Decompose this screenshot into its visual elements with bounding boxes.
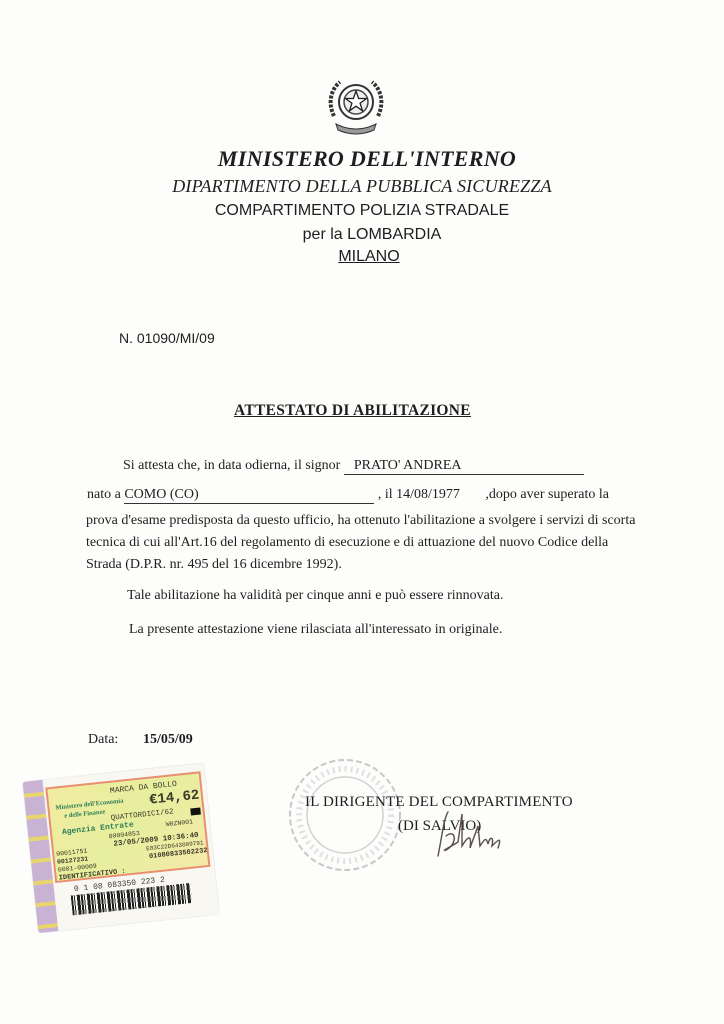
birth-line-suffix: ,dopo aver superato la	[485, 487, 609, 502]
birthplace-field: COMO (CO)	[124, 487, 374, 504]
stamp-face: MARCA DA BOLLO €14,62 Ministero dell'Eco…	[45, 771, 210, 883]
attestation-line: Si attesta che, in data odierna, il sign…	[123, 455, 584, 477]
document-title: ATTESTATO DI ABILITAZIONE	[234, 402, 471, 420]
date-value: 15/05/09	[143, 732, 193, 748]
region-heading: per la LOMBARDIA	[0, 226, 724, 244]
city-heading: MILANO	[0, 248, 724, 266]
protocol-number: N. 01090/MI/09	[119, 330, 215, 346]
handwritten-signature-icon	[428, 806, 518, 862]
birthdate-prefix: , il	[378, 487, 393, 502]
department-heading: DIPARTIMENTO DELLA PUBBLICA SICUREZZA	[0, 176, 724, 197]
attestation-prefix: Si attesta che, in data odierna, il sign…	[123, 458, 340, 473]
birthdate-value: 14/08/1977	[396, 487, 460, 502]
holder-name-field: PRATO' ANDREA	[344, 458, 584, 475]
issuance-statement: La presente attestazione viene rilasciat…	[129, 619, 502, 641]
stamp-black-tab	[190, 807, 201, 815]
stamp-issuer-line2: e delle Finanze	[64, 808, 106, 819]
validity-statement: Tale abilitazione ha validità per cinque…	[127, 585, 503, 607]
ministry-heading: MINISTERO DELL'INTERNO	[0, 146, 724, 172]
division-heading: COMPARTIMENTO POLIZIA STRADALE	[0, 202, 724, 220]
revenue-stamp: MARCA DA BOLLO €14,62 Ministero dell'Eco…	[23, 763, 220, 933]
birth-line: nato a COMO (CO) , il 14/08/1977 ,dopo a…	[87, 484, 609, 506]
italian-republic-emblem-icon	[326, 76, 386, 138]
birth-prefix: nato a	[87, 487, 121, 502]
stamp-code-a: W0ZN001	[165, 818, 193, 828]
attestation-paragraph: prova d'esame predisposta da questo uffi…	[86, 510, 646, 576]
official-seal-icon	[286, 756, 404, 874]
date-label: Data:	[88, 732, 118, 748]
